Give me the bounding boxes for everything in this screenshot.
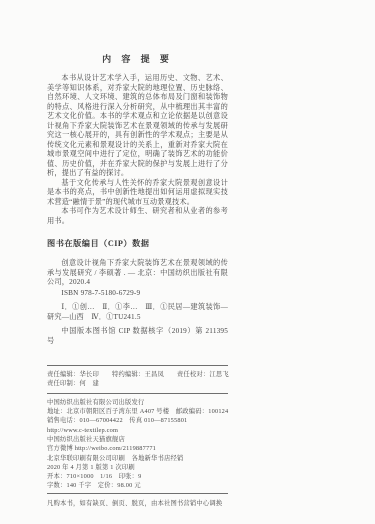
staff-block: 责任编辑：华长印 特约编辑：王昌凤 责任校对：江思飞 责任印制：何 建: [47, 370, 228, 389]
summary-heading: 内 容 提 要: [47, 54, 228, 65]
staff-editors-line: 责任编辑：华长印 特约编辑：王昌凤 责任校对：江思飞: [47, 370, 228, 379]
cip-heading: 图书在版编目（CIP）数据: [47, 239, 228, 249]
tmall-store-line: 中国纺织出版社天猫旗舰店: [47, 435, 228, 444]
summary-paragraph-1: 本书从设计艺术学入手，运用历史、文物、艺术、美学等知识体系，对乔家大院的地理位置…: [47, 74, 228, 179]
summary-paragraph-2: 基于文化传承与人性关怀的乔家大院景观创意设计是本书的亮点，书中创新性地提出如何运…: [47, 179, 228, 208]
format-line: 开本：710×1000 1/16 印张：9: [47, 472, 228, 481]
website-line: http://www.c-textilep.com: [47, 426, 228, 435]
divider-top: [47, 365, 228, 366]
printer-line: 北京华联印刷有限公司印刷 各地新华书店经销: [47, 454, 228, 463]
sales-phone-line: 销售电话：010—67004422 传真 010—87155801: [47, 416, 228, 425]
price-line: 字数：140 千字 定价：98.00 元: [47, 481, 228, 490]
divider-bottom: [47, 493, 228, 494]
address-line: 地址：北京市朝阳区百子湾东里 A407 号楼 邮政编码：100124: [47, 407, 228, 416]
cip-entry: 创意设计视角下乔家大院装饰艺术在景观领域的传承与发展研究 / 李硕著 . — 北…: [47, 259, 228, 288]
edition-line: 2020 年 4 月第 1 版第 1 次印刷: [47, 463, 228, 472]
weibo-line: 官方微博 http://weibo.com/2119887771: [47, 444, 228, 453]
publishing-block: 中国纺织出版社有限公司出版发行 地址：北京市朝阳区百子湾东里 A407 号楼 邮…: [47, 398, 228, 491]
cip-record: 中国版本图书馆 CIP 数据核字（2019）第 211395 号: [47, 327, 228, 346]
copyright-page: 内 容 提 要 本书从设计艺术学入手，运用历史、文物、艺术、美学等知识体系，对乔…: [47, 54, 228, 508]
divider-middle: [47, 393, 228, 394]
replacement-notice: 凡购本书，如有缺页、倒页、脱页，由本社图书营销中心调换: [47, 499, 228, 508]
publisher-line: 中国纺织出版社有限公司出版发行: [47, 398, 228, 407]
cip-isbn: ISBN 978-7-5180-6729-9: [47, 289, 228, 299]
summary-paragraph-3: 本书可作为艺术设计师生、研究者和从业者的参考用书。: [47, 207, 228, 226]
cip-classification: Ⅰ．①创… Ⅱ．①李… Ⅲ．①民居—建筑装饰—研究—山西 Ⅳ．①TU241.5: [47, 303, 228, 322]
staff-printing-line: 责任印制：何 建: [47, 379, 228, 388]
